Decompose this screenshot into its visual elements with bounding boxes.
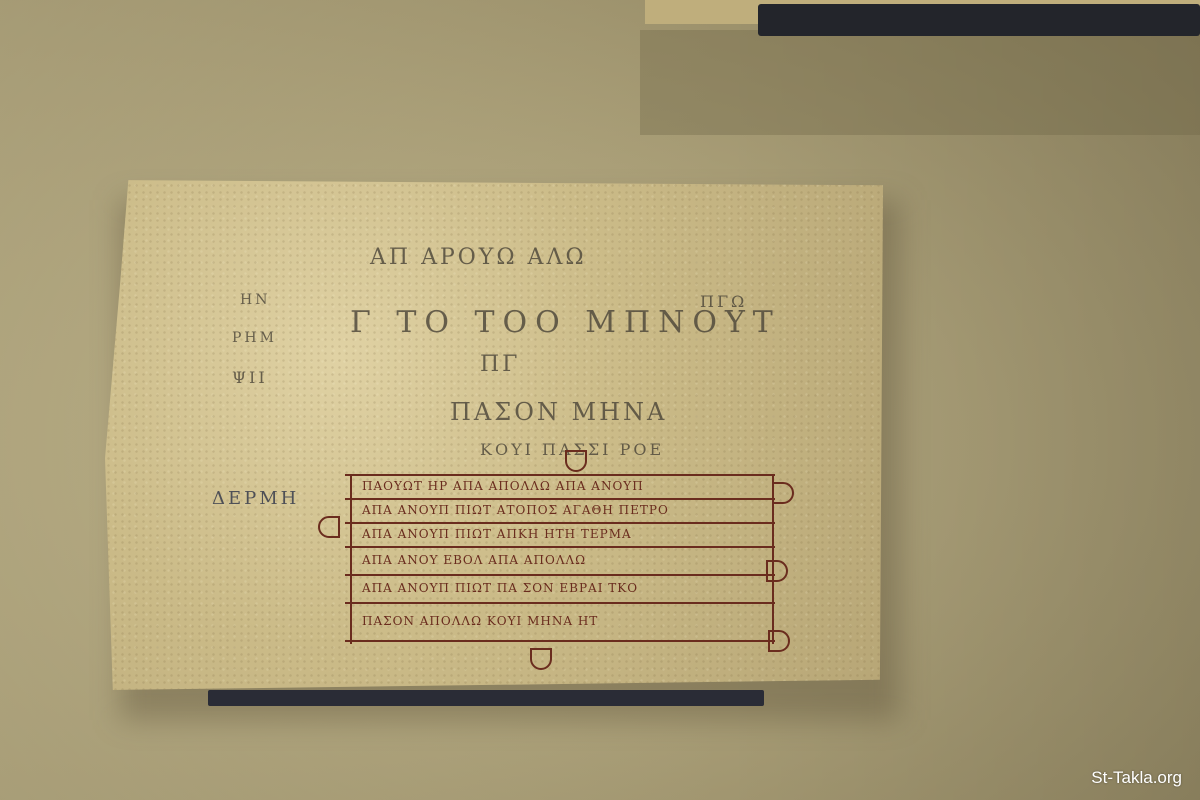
tabula-rule <box>345 640 775 642</box>
ansa-handle-top <box>565 450 587 472</box>
tablet-mount-bar <box>208 690 764 706</box>
charcoal-line: ΠΓ <box>480 352 520 377</box>
tabula-line: ΑΠΑ ΑΝΟΥ ΕΒΟΛ ΑΠΑ ΑΠΟΛΛΩ <box>362 553 586 567</box>
upper-exhibit-mount <box>758 4 1200 36</box>
ansa-handle-right <box>772 482 794 504</box>
tabula-line: ΑΠΑ ΑΝΟΥΠ ΠΙΩΤ ΑΤΟΠΟΣ ΑΓΑΘΗ ΠΕΤΡΟ <box>362 503 669 517</box>
charcoal-line: Γ ΤΟ ΤΟΟ ΜΠΝΟΥΤ <box>350 305 781 340</box>
tabula-line: ΠΑΣΟΝ ΑΠΟΛΛΩ ΚΟΥΙ ΜΗΝΑ ΗΤ <box>362 614 598 628</box>
tabula-line: ΠΑΟΥΩΤ ΗΡ ΑΠΑ ΑΠΟΛΛΩ ΑΠΑ ΑΝΟΥΠ <box>362 479 644 493</box>
watermark: St-Takla.org <box>1091 768 1182 788</box>
label-left: ΔΕΡΜΗ <box>212 488 299 509</box>
tabula-line: ΑΠΑ ΑΝΟΥΠ ΠΙΩΤ ΠΑ ΣΟΝ ΕΒΡΑΙ ΤΚΟ <box>362 581 638 595</box>
ansa-handle-right <box>768 630 790 652</box>
margin-note: ΗΝ <box>240 292 270 308</box>
upper-exhibit-shadow <box>640 30 1200 135</box>
tabula-rule <box>345 602 775 604</box>
margin-note: ΡΗΜ <box>232 330 277 346</box>
margin-note: ΨΙΙ <box>232 368 268 387</box>
charcoal-line: ΠΑΣΟΝ ΜΗΝΑ <box>450 398 667 426</box>
tabula-rule <box>345 546 775 548</box>
ansa-handle-left <box>318 516 340 538</box>
tabula-rule <box>345 574 775 576</box>
ansa-handle-right <box>766 560 788 582</box>
charcoal-line: ΑΠ ΑΡΟΥΩ ΑΛΩ <box>370 245 587 270</box>
tabula-rule <box>345 474 775 476</box>
ansa-handle-bottom <box>530 648 552 670</box>
tabula-rule <box>345 498 775 500</box>
tabula-rule <box>345 522 775 524</box>
tabula-line: ΑΠΑ ΑΝΟΥΠ ΠΙΩΤ ΑΠΚΗ ΗΤΗ ΤΕΡΜΑ <box>362 527 632 541</box>
